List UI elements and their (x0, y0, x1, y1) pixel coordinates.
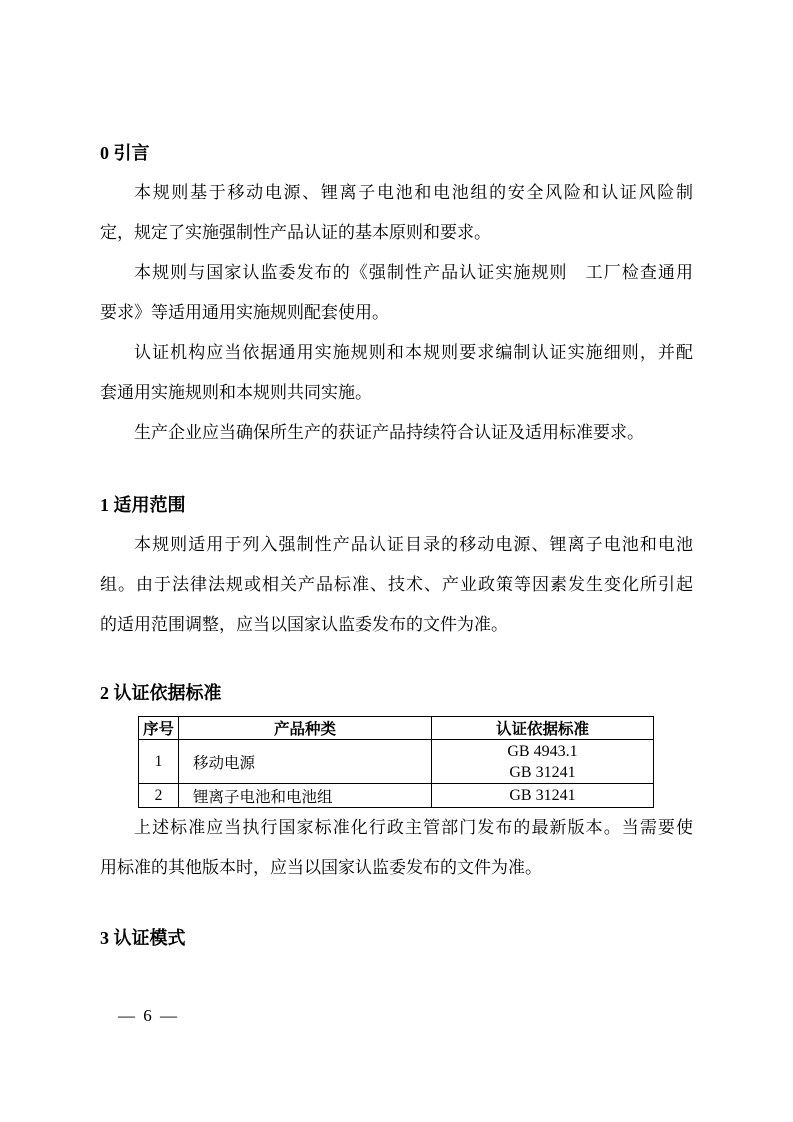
table-header-no: 序号 (139, 717, 179, 740)
paragraph-line: 认证机构应当依据通用实施规则和本规则要求编制认证实施细则，并配 (100, 333, 693, 373)
section-mode: 3 认证模式 (100, 918, 693, 958)
table-header-category: 产品种类 (179, 717, 432, 740)
page-number: — 6 — (118, 1002, 179, 1030)
paragraph-line: 用标准的其他版本时，应当以国家认监委发布的文件为准。 (100, 848, 693, 888)
paragraph: 本规则适用于列入强制性产品认证目录的移动电源、锂离子电池和电池 组。由于法律法规… (100, 525, 693, 645)
paragraph-line: 定，规定了实施强制性产品认证的基本原则和要求。 (100, 213, 693, 253)
standard-code: GB 4943.1 (432, 741, 653, 762)
document-page: 0 引言 本规则基于移动电源、锂离子电池和电池组的安全风险和认证风险制 定，规定… (0, 0, 793, 1122)
paragraph-line: 生产企业应当确保所生产的获证产品持续符合认证及适用标准要求。 (100, 413, 693, 453)
table-header-row: 序号 产品种类 认证依据标准 (139, 717, 654, 740)
standard-code: GB 31241 (432, 762, 653, 783)
section-intro: 0 引言 本规则基于移动电源、锂离子电池和电池组的安全风险和认证风险制 定，规定… (100, 133, 693, 453)
paragraph-line: 本规则基于移动电源、锂离子电池和电池组的安全风险和认证风险制 (100, 173, 693, 213)
table-cell-category: 移动电源 (179, 740, 432, 784)
paragraph: 上述标准应当执行国家标准化行政主管部门发布的最新版本。当需要使 用标准的其他版本… (100, 808, 693, 888)
section-heading: 1 适用范围 (100, 485, 693, 525)
table-row: 2 锂离子电池和电池组 GB 31241 (139, 784, 654, 808)
paragraph-line: 的适用范围调整，应当以国家认监委发布的文件为准。 (100, 605, 693, 645)
section-heading: 0 引言 (100, 133, 693, 173)
paragraph: 生产企业应当确保所生产的获证产品持续符合认证及适用标准要求。 (100, 413, 693, 453)
table-cell-standards: GB 4943.1 GB 31241 (432, 740, 654, 784)
paragraph: 认证机构应当依据通用实施规则和本规则要求编制认证实施细则，并配 套通用实施规则和… (100, 333, 693, 413)
table-row: 1 移动电源 GB 4943.1 GB 31241 (139, 740, 654, 784)
section-heading: 2 认证依据标准 (100, 673, 693, 713)
section-heading: 3 认证模式 (100, 918, 693, 958)
paragraph-line: 套通用实施规则和本规则共同实施。 (100, 373, 693, 413)
paragraph: 本规则与国家认监委发布的《强制性产品认证实施规则 工厂检查通用 要求》等适用通用… (100, 253, 693, 333)
paragraph-line: 本规则适用于列入强制性产品认证目录的移动电源、锂离子电池和电池 (100, 525, 693, 565)
section-scope: 1 适用范围 本规则适用于列入强制性产品认证目录的移动电源、锂离子电池和电池 组… (100, 485, 693, 645)
paragraph-line: 本规则与国家认监委发布的《强制性产品认证实施规则 工厂检查通用 (100, 253, 693, 293)
table-cell-standards: GB 31241 (432, 784, 654, 808)
table-header-standard: 认证依据标准 (432, 717, 654, 740)
standards-table: 序号 产品种类 认证依据标准 1 移动电源 GB 4943.1 GB 31241 (138, 716, 654, 808)
paragraph-line: 组。由于法律法规或相关产品标准、技术、产业政策等因素发生变化所引起 (100, 565, 693, 605)
paragraph-line: 上述标准应当执行国家标准化行政主管部门发布的最新版本。当需要使 (100, 808, 693, 848)
paragraph-line: 要求》等适用通用实施规则配套使用。 (100, 293, 693, 333)
table-cell-category: 锂离子电池和电池组 (179, 784, 432, 808)
table-cell-no: 2 (139, 784, 179, 808)
table-cell-no: 1 (139, 740, 179, 784)
section-standards: 2 认证依据标准 序号 产品种类 认证依据标准 1 (100, 673, 693, 888)
paragraph: 本规则基于移动电源、锂离子电池和电池组的安全风险和认证风险制 定，规定了实施强制… (100, 173, 693, 253)
document-content: 0 引言 本规则基于移动电源、锂离子电池和电池组的安全风险和认证风险制 定，规定… (100, 0, 693, 958)
